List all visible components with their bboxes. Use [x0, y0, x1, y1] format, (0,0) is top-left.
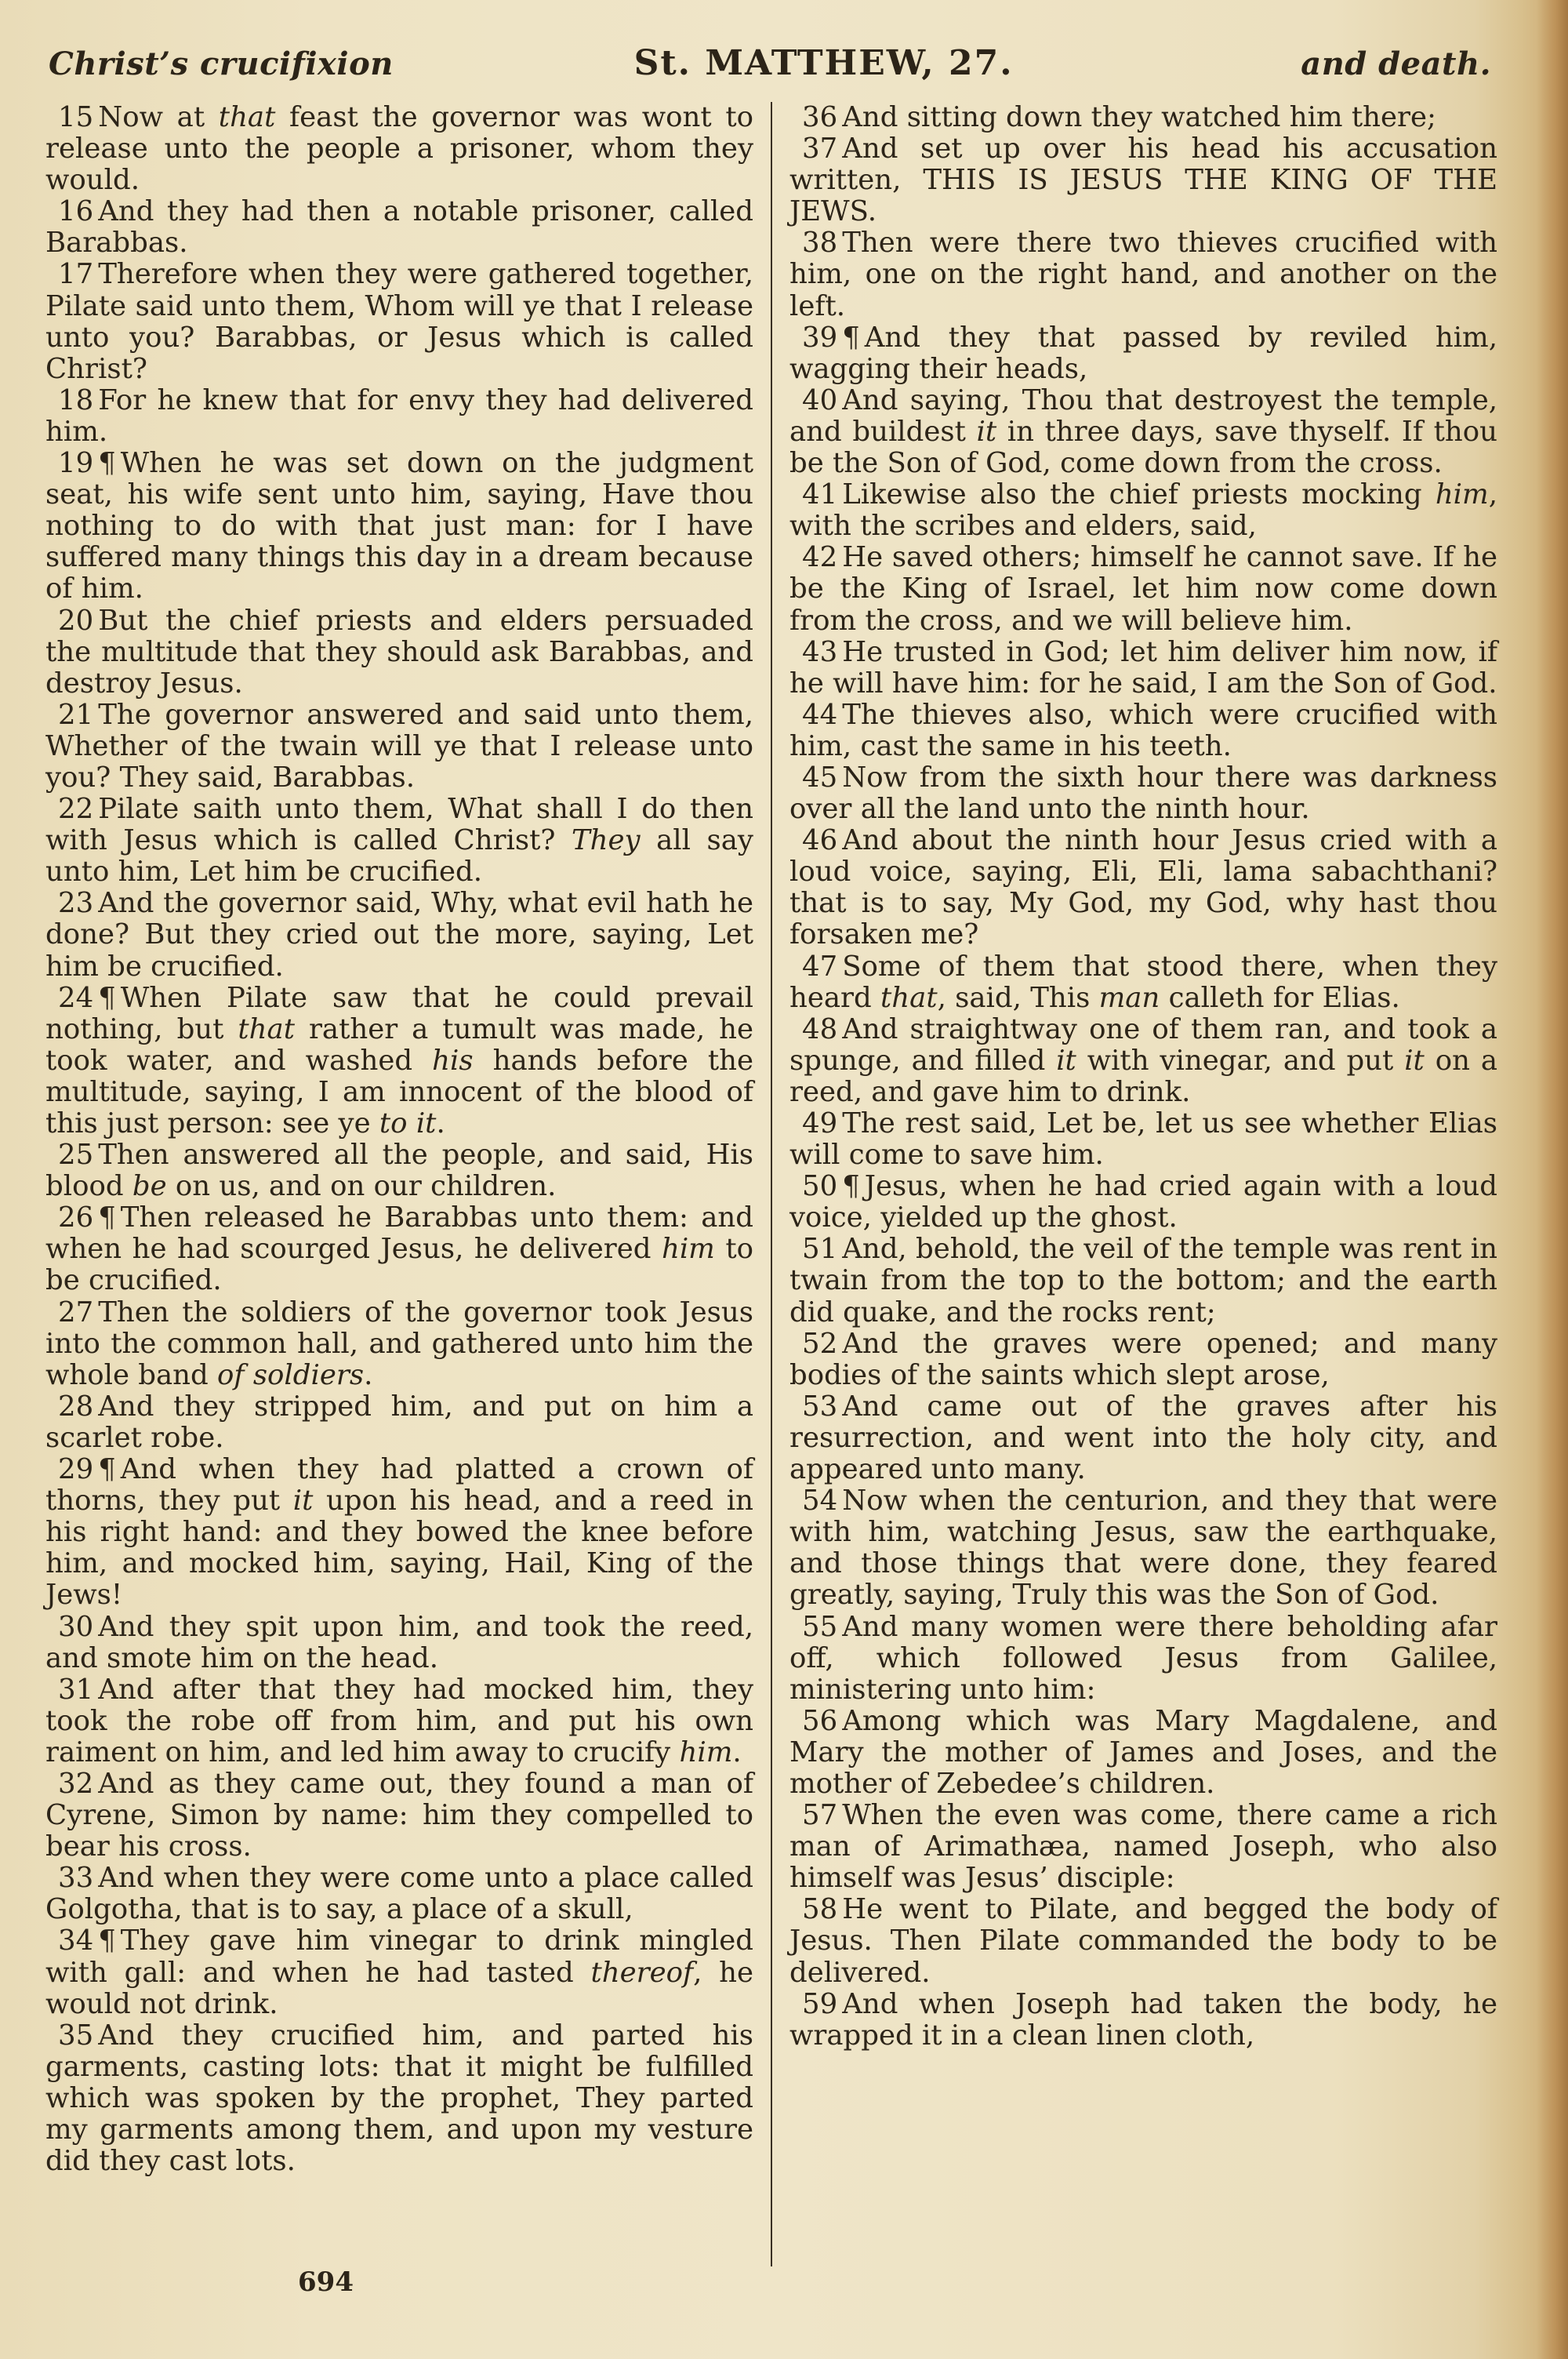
verse: 28And they stripped him, and put on him …: [45, 1391, 753, 1454]
verse-text: .: [732, 1736, 741, 1768]
verse: 27Then the soldiers of the governor took…: [45, 1297, 753, 1391]
verse-number: 36: [802, 101, 837, 133]
verse-number: 50: [802, 1170, 837, 1202]
verse-number: 52: [802, 1328, 837, 1360]
verse: 37And set up over his head his accusatio…: [789, 133, 1497, 227]
verse: 17Therefore when they were gathered toge…: [45, 259, 753, 384]
verse: 16And they had then a notable prisoner, …: [45, 196, 753, 259]
italic-text: it: [293, 1485, 314, 1517]
verse: 38Then were there two thieves crucified …: [789, 227, 1497, 322]
pilcrow-icon: ¶: [98, 1925, 116, 1957]
verse-number: 53: [802, 1390, 837, 1423]
verse-number: 31: [58, 1674, 93, 1706]
italic-text: his: [432, 1045, 473, 1077]
italic-text: him: [662, 1233, 715, 1265]
verse-text: He saved others; himself he cannot save.…: [789, 541, 1497, 636]
verse-number: 28: [58, 1390, 93, 1423]
verse: 41Likewise also the chief priests mockin…: [789, 479, 1497, 542]
verse-number: 57: [802, 1799, 837, 1831]
verse: 55And many women were there beholding af…: [789, 1612, 1497, 1706]
verse: 15Now at that feast the governor was won…: [45, 102, 753, 196]
verse-number: 40: [802, 384, 837, 416]
verse-text: And they spit upon him, and took the ree…: [45, 1611, 753, 1674]
verse: 24¶When Pilate saw that he could prevail…: [45, 983, 753, 1140]
verse: 45Now from the sixth hour there was dark…: [789, 762, 1497, 825]
verse-text: And after that they had mocked him, they…: [45, 1674, 753, 1768]
verse: 58He went to Pilate, and begged the body…: [789, 1894, 1497, 1988]
verse-text: And about the ninth hour Jesus cried wit…: [789, 824, 1497, 951]
verse: 39¶And they that passed by reviled him, …: [789, 322, 1497, 385]
verse-text: And when Joseph had taken the body, he w…: [789, 1988, 1497, 2052]
verse-text: When the even was come, there came a ric…: [789, 1799, 1497, 1894]
italic-text: it: [1056, 1045, 1076, 1077]
verse-text: And set up over his head his accusation …: [789, 133, 1497, 227]
verse-text: And as they came out, they found a man o…: [45, 1768, 753, 1863]
verse-number: 54: [802, 1485, 837, 1517]
verse-text: Now when the centurion, and they that we…: [789, 1485, 1497, 1611]
verse-text: Then released he Barabbas unto them: and…: [45, 1201, 753, 1265]
pilcrow-icon: ¶: [98, 447, 116, 479]
verse-text: He went to Pilate, and begged the body o…: [789, 1893, 1497, 1988]
verse: 40And saying, Thou that destroyest the t…: [789, 385, 1497, 479]
italic-text: that: [219, 101, 276, 133]
verse-text: For he knew that for envy they had deliv…: [45, 384, 753, 448]
verse-text: And sitting down they watched him there;: [842, 101, 1436, 133]
verse-number: 23: [58, 887, 93, 919]
verse-text: Now from the sixth hour there was darkne…: [789, 761, 1497, 825]
verse-text: The governor answered and said unto them…: [45, 699, 753, 794]
italic-text: They: [572, 824, 641, 856]
verse-number: 38: [802, 227, 837, 259]
verse: 31And after that they had mocked him, th…: [45, 1674, 753, 1768]
verse-number: 56: [802, 1705, 837, 1737]
verse-number: 37: [802, 133, 837, 165]
verse-number: 55: [802, 1611, 837, 1643]
pilcrow-icon: ¶: [98, 1453, 116, 1485]
verse-number: 59: [802, 1988, 837, 2020]
verse-text: And they had then a notable prisoner, ca…: [45, 195, 753, 259]
verse-text: Jesus, when he had cried again with a lo…: [789, 1170, 1497, 1234]
verse-number: 33: [58, 1862, 93, 1894]
verse-text: calleth for Elias.: [1160, 982, 1400, 1014]
verse-text: He trusted in God; let him deliver him n…: [789, 636, 1497, 700]
verse: 57When the even was come, there came a r…: [789, 1800, 1497, 1894]
text-columns: 15Now at that feast the governor was won…: [45, 102, 1497, 2266]
verse: 35And they crucified him, and parted his…: [45, 2020, 753, 2177]
verse-number: 27: [58, 1296, 93, 1329]
italic-text: thereof: [590, 1957, 693, 1989]
verse: 21The governor answered and said unto th…: [45, 700, 753, 794]
verse: 47Some of them that stood there, when th…: [789, 951, 1497, 1014]
verse: 30And they spit upon him, and took the r…: [45, 1612, 753, 1674]
verse-text: .: [364, 1359, 372, 1391]
italic-text: be: [132, 1170, 167, 1202]
verse: 46And about the ninth hour Jesus cried w…: [789, 825, 1497, 951]
italic-text: him: [680, 1736, 733, 1768]
verse-number: 46: [802, 824, 837, 856]
verse: 56Among which was Mary Magdalene, and Ma…: [789, 1706, 1497, 1800]
verse-text: Therefore when they were gathered togeth…: [45, 258, 753, 384]
page-edge-shadow: [1537, 0, 1568, 2359]
verse: 19¶When he was set down on the judgment …: [45, 448, 753, 605]
verse-text: Likewise also the chief priests mocking: [842, 478, 1436, 511]
verse-number: 44: [802, 699, 837, 731]
running-head-book-chapter: St. MATTHEW, 27.: [634, 43, 1014, 83]
verse-number: 32: [58, 1768, 93, 1800]
verse-number: 51: [802, 1233, 837, 1265]
verse-number: 26: [58, 1201, 93, 1234]
verse-text: And the governor said, Why, what evil ha…: [45, 887, 753, 982]
verse: 34¶They gave him vinegar to drink mingle…: [45, 1925, 753, 2019]
right-column: 36And sitting down they watched him ther…: [771, 102, 1497, 2266]
verse-text: , said, This: [938, 982, 1099, 1014]
verse-text: And they stripped him, and put on him a …: [45, 1390, 753, 1454]
verse-text: .: [436, 1107, 445, 1140]
verse: 53And came out of the graves after his r…: [789, 1391, 1497, 1485]
verse-text: with vinegar, and put: [1076, 1045, 1404, 1077]
verse: 51And, behold, the veil of the temple wa…: [789, 1234, 1497, 1328]
verse-number: 34: [58, 1925, 93, 1957]
verse-text: And they crucified him, and parted his g…: [45, 2019, 753, 2177]
page-number: 694: [298, 2266, 354, 2298]
verse: 32And as they came out, they found a man…: [45, 1768, 753, 1863]
verse: 50¶Jesus, when he had cried again with a…: [789, 1171, 1497, 1234]
italic-text: it: [1404, 1045, 1425, 1077]
pilcrow-icon: ¶: [98, 982, 116, 1014]
running-head-right: and death.: [1301, 45, 1491, 82]
verse: 36And sitting down they watched him ther…: [789, 102, 1497, 133]
verse-text: Now at: [98, 101, 219, 133]
verse-text: When he was set down on the judgment sea…: [45, 447, 753, 605]
italic-text: man: [1099, 982, 1160, 1014]
verse-number: 16: [58, 195, 93, 227]
verse-number: 49: [802, 1107, 837, 1140]
verse-number: 45: [802, 761, 837, 794]
verse-number: 15: [58, 101, 93, 133]
verse-number: 19: [58, 447, 93, 479]
verse-number: 48: [802, 1013, 837, 1045]
verse-text: The thieves also, which were crucified w…: [789, 699, 1497, 762]
verse: 25Then answered all the people, and said…: [45, 1140, 753, 1202]
verse-number: 30: [58, 1611, 93, 1643]
verse-number: 17: [58, 258, 93, 290]
verse: 33And when they were come unto a place c…: [45, 1863, 753, 1925]
verse-text: And the graves were opened; and many bod…: [789, 1328, 1497, 1391]
verse-text: But the chief priests and elders persuad…: [45, 605, 753, 700]
verse-text: Then were there two thieves crucified wi…: [789, 227, 1497, 322]
verse: 48And straightway one of them ran, and t…: [789, 1014, 1497, 1108]
verse: 23And the governor said, Why, what evil …: [45, 888, 753, 982]
verse-number: 25: [58, 1139, 93, 1171]
left-column: 15Now at that feast the governor was won…: [45, 102, 771, 2266]
verse-text: And many women were there beholding afar…: [789, 1611, 1497, 1706]
pilcrow-icon: ¶: [842, 322, 860, 354]
verse-text: Then the soldiers of the governor took J…: [45, 1296, 753, 1391]
verse: 20But the chief priests and elders persu…: [45, 605, 753, 700]
verse-number: 41: [802, 478, 837, 511]
verse: 29¶And when they had platted a crown of …: [45, 1454, 753, 1611]
verse: 59And when Joseph had taken the body, he…: [789, 1989, 1497, 2052]
verse-number: 22: [58, 793, 93, 825]
verse: 49The rest said, Let be, let us see whet…: [789, 1108, 1497, 1171]
italic-text: of soldiers: [217, 1359, 364, 1391]
italic-text: it: [976, 416, 996, 448]
verse: 44The thieves also, which were crucified…: [789, 700, 1497, 762]
bible-page: Christ’s crucifixion St. MATTHEW, 27. an…: [0, 0, 1568, 2359]
italic-text: that: [238, 1013, 295, 1045]
verse-number: 43: [802, 636, 837, 668]
verse-number: 24: [58, 982, 93, 1014]
verse: 54Now when the centurion, and they that …: [789, 1485, 1497, 1611]
running-head-left: Christ’s crucifixion: [49, 45, 394, 82]
verse: 18For he knew that for envy they had del…: [45, 385, 753, 448]
verse-text: And came out of the graves after his res…: [789, 1390, 1497, 1485]
italic-text: to it: [379, 1107, 437, 1140]
verse: 22Pilate saith unto them, What shall I d…: [45, 794, 753, 888]
verse: 52And the graves were opened; and many b…: [789, 1329, 1497, 1391]
verse: 26¶Then released he Barabbas unto them: …: [45, 1202, 753, 1296]
verse-text: And when they were come unto a place cal…: [45, 1862, 753, 1925]
verse: 43He trusted in God; let him deliver him…: [789, 637, 1497, 700]
verse-number: 20: [58, 605, 93, 637]
verse-text: And, behold, the veil of the temple was …: [789, 1233, 1497, 1328]
verse: 42He saved others; himself he cannot sav…: [789, 542, 1497, 636]
italic-text: him: [1436, 478, 1489, 511]
pilcrow-icon: ¶: [842, 1170, 860, 1202]
verse-text: Among which was Mary Magdalene, and Mary…: [789, 1705, 1497, 1800]
running-head: Christ’s crucifixion St. MATTHEW, 27. an…: [49, 43, 1491, 90]
italic-text: that: [880, 982, 938, 1014]
verse-text: The rest said, Let be, let us see whethe…: [789, 1107, 1497, 1171]
verse-number: 42: [802, 541, 837, 573]
verse-number: 58: [802, 1893, 837, 1925]
verse-number: 18: [58, 384, 93, 416]
verse-number: 47: [802, 951, 837, 983]
verse-number: 29: [58, 1453, 93, 1485]
verse-number: 35: [58, 2019, 93, 2052]
verse-number: 39: [802, 322, 837, 354]
verse-text: And they that passed by reviled him, wag…: [789, 322, 1497, 385]
pilcrow-icon: ¶: [98, 1201, 116, 1234]
verse-number: 21: [58, 699, 93, 731]
verse-text: on us, and on our children.: [167, 1170, 557, 1202]
